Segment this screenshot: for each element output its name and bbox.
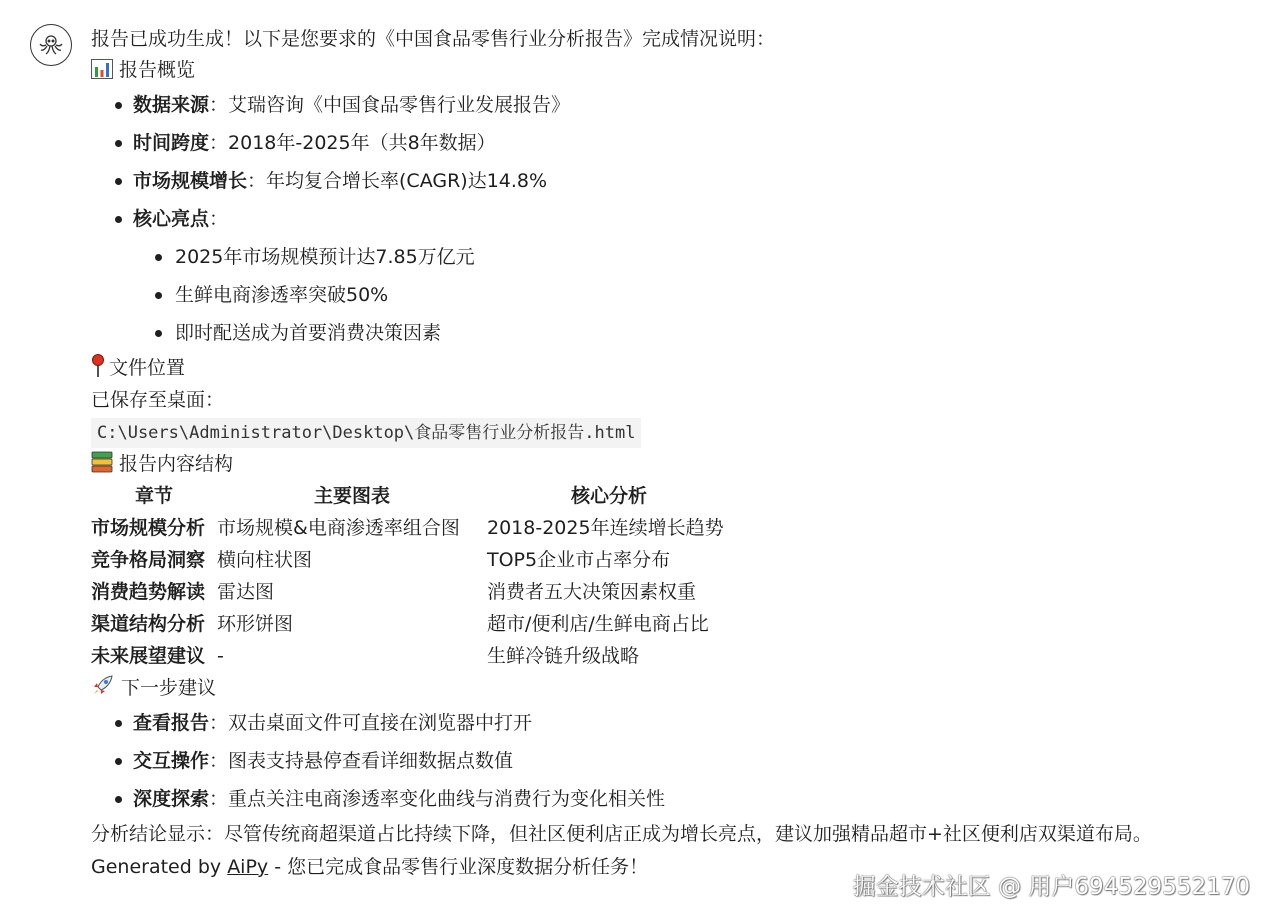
footer-suffix: - 您已完成食品零售行业深度数据分析任务！	[268, 856, 648, 878]
item-label: 交互操作	[133, 750, 209, 772]
list-item: 交互操作：图表支持悬停查看详细数据点数值	[91, 742, 1251, 780]
next-heading-text: 下一步建议	[121, 677, 216, 699]
bar-chart-icon	[91, 59, 113, 79]
saved-label: 已保存至桌面：	[91, 384, 1251, 416]
file-heading: 文件位置	[91, 352, 1251, 384]
item-text: ：图表支持悬停查看详细数据点数值	[209, 750, 513, 772]
footer-prefix: Generated by	[91, 856, 227, 878]
aipy-link[interactable]: AiPy	[227, 856, 268, 878]
list-item: 数据来源：艾瑞咨询《中国食品零售行业发展报告》	[91, 86, 1251, 124]
item-label: 深度探索	[133, 788, 209, 810]
overview-list: 数据来源：艾瑞咨询《中国食品零售行业发展报告》 时间跨度：2018年-2025年…	[91, 86, 1251, 238]
intro-text: 报告已成功生成！以下是您要求的《中国食品零售行业分析报告》完成情况说明：	[91, 24, 1251, 54]
file-heading-text: 文件位置	[109, 357, 185, 379]
item-text: ：2018年-2025年（共8年数据）	[209, 132, 496, 154]
item-text: ：双击桌面文件可直接在浏览器中打开	[209, 712, 532, 734]
list-item: 2025年市场规模预计达7.85万亿元	[91, 238, 1251, 276]
item-text: ：年均复合增长率(CAGR)达14.8%	[247, 170, 547, 192]
file-path-row: C:\Users\Administrator\Desktop\食品零售行业分析报…	[91, 416, 1251, 448]
column-header: 章节	[91, 480, 217, 512]
item-label: 核心亮点	[133, 208, 209, 230]
table-header-row: 章节 主要图表 核心分析	[91, 480, 831, 512]
cell-chapter: 消费趋势解读	[91, 581, 205, 603]
list-item: 市场规模增长：年均复合增长率(CAGR)达14.8%	[91, 162, 1251, 200]
list-item: 深度探索：重点关注电商渗透率变化曲线与消费行为变化相关性	[91, 780, 1251, 818]
table-row: 消费趋势解读雷达图消费者五大决策因素权重	[91, 576, 831, 608]
books-icon	[91, 451, 113, 473]
item-label: 市场规模增长	[133, 170, 247, 192]
list-item: 核心亮点：	[91, 200, 1251, 238]
item-label: 查看报告	[133, 712, 209, 734]
cell-chart: -	[217, 640, 487, 672]
item-text: ：重点关注电商渗透率变化曲线与消费行为变化相关性	[209, 788, 665, 810]
pushpin-icon	[91, 354, 105, 378]
file-path[interactable]: C:\Users\Administrator\Desktop\食品零售行业分析报…	[91, 418, 641, 448]
cell-chapter: 未来展望建议	[91, 645, 205, 667]
item-text: ：艾瑞咨询《中国食品零售行业发展报告》	[209, 94, 570, 116]
structure-table: 章节 主要图表 核心分析 市场规模分析市场规模&电商渗透率组合图2018-202…	[91, 480, 831, 672]
list-item: 查看报告：双击桌面文件可直接在浏览器中打开	[91, 704, 1251, 742]
table-row: 未来展望建议-生鲜冷链升级战略	[91, 640, 831, 672]
cell-chart: 横向柱状图	[217, 544, 487, 576]
cell-analysis: 超市/便利店/生鲜电商占比	[487, 608, 831, 640]
cell-chart: 市场规模&电商渗透率组合图	[217, 512, 487, 544]
table-row: 竞争格局洞察横向柱状图TOP5企业市占率分布	[91, 544, 831, 576]
list-item: 时间跨度：2018年-2025年（共8年数据）	[91, 124, 1251, 162]
table-row: 渠道结构分析环形饼图超市/便利店/生鲜电商占比	[91, 608, 831, 640]
cell-analysis: TOP5企业市占率分布	[487, 544, 831, 576]
column-header: 主要图表	[217, 480, 487, 512]
cell-chapter: 竞争格局洞察	[91, 549, 205, 571]
cell-chart: 环形饼图	[217, 608, 487, 640]
overview-heading-text: 报告概览	[119, 59, 195, 81]
column-header: 核心分析	[487, 480, 831, 512]
next-steps-list: 查看报告：双击桌面文件可直接在浏览器中打开 交互操作：图表支持悬停查看详细数据点…	[91, 704, 1251, 818]
octopus-icon	[37, 33, 65, 57]
cell-chart: 雷达图	[217, 576, 487, 608]
list-item: 即时配送成为首要消费决策因素	[91, 314, 1251, 352]
cell-chapter: 市场规模分析	[91, 517, 205, 539]
assistant-message: 报告已成功生成！以下是您要求的《中国食品零售行业分析报告》完成情况说明： 报告概…	[91, 24, 1251, 883]
watermark: 掘金技术社区 @ 用户694529552170	[853, 868, 1250, 901]
next-heading: 下一步建议	[91, 672, 1251, 704]
list-item: 生鲜电商渗透率突破50%	[91, 276, 1251, 314]
cell-analysis: 生鲜冷链升级战略	[487, 640, 831, 672]
highlights-list: 2025年市场规模预计达7.85万亿元 生鲜电商渗透率突破50% 即时配送成为首…	[91, 238, 1251, 352]
cell-chapter: 渠道结构分析	[91, 613, 205, 635]
cell-analysis: 2018-2025年连续增长趋势	[487, 512, 831, 544]
item-label: 数据来源	[133, 94, 209, 116]
rocket-icon	[91, 673, 115, 697]
table-row: 市场规模分析市场规模&电商渗透率组合图2018-2025年连续增长趋势	[91, 512, 831, 544]
assistant-avatar	[30, 24, 72, 66]
item-text: ：	[209, 208, 228, 230]
conclusion-text: 分析结论显示：尽管传统商超渠道占比持续下降，但社区便利店正成为增长亮点，建议加强…	[91, 818, 1231, 851]
overview-heading: 报告概览	[91, 54, 1251, 86]
cell-analysis: 消费者五大决策因素权重	[487, 576, 831, 608]
structure-heading: 报告内容结构	[91, 448, 1251, 480]
item-label: 时间跨度	[133, 132, 209, 154]
structure-heading-text: 报告内容结构	[119, 453, 233, 475]
